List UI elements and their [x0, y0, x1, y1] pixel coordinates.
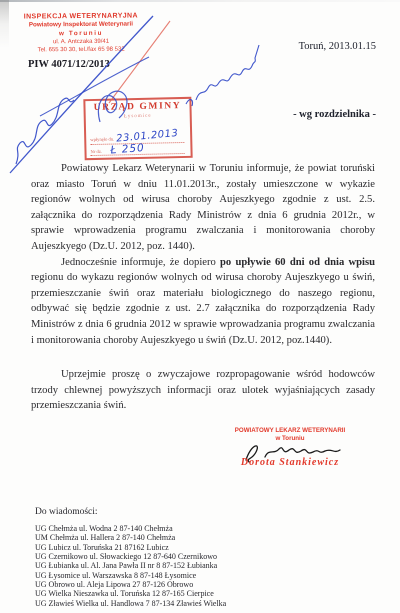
received-date-label: wpłynęło dn.: [90, 137, 114, 143]
cc-recipient: UG Obrowo ul. Aleja Lipowa 27 87-126 Obr…: [35, 580, 226, 589]
scanned-letter-page: INSPEKCJA WETERYNARYJNA Powiatowy Inspek…: [0, 0, 400, 613]
handwritten-paraph-left: [16, 98, 74, 164]
reference-number: PIW 4071/12/2013: [28, 59, 110, 70]
letter-date: Toruń, 2013.01.15: [280, 41, 376, 52]
signature-stamp-title: POWIATOWY LEKARZ WETERYNARII: [228, 427, 352, 434]
inspection-stamp-line: Powiatowy Inspektorat Weterynarii: [15, 21, 147, 30]
cc-recipient: UG Chełmża ul. Wodna 2 87-140 Chełmża: [35, 524, 226, 533]
inspection-stamp-line: Tel. 655 30 30, tel./fax 65 98 532: [15, 45, 147, 54]
paragraph-3: Uprzejmie proszę o zwyczajowe rozpropago…: [31, 367, 375, 414]
paragraph-1: Powiatowy Lekarz Weterynarii w Toruniu i…: [31, 161, 375, 255]
handwritten-annotation: [186, 45, 259, 106]
received-stamp: URZĄD GMINY Łysomice wpłynęło dn. 23.01.…: [83, 97, 192, 160]
addressee-line: - wg rozdzielnika -: [240, 109, 376, 120]
cc-recipient: UG Zławieś Wielka ul. Handlowa 7 87-134 …: [35, 599, 226, 608]
scan-corner-smudge: [0, 0, 9, 48]
paragraph-2-bold: po upływie 60 dni od dnia wpisu: [220, 257, 375, 268]
received-stamp-place: Łysomice: [86, 113, 190, 120]
registry-number-label: Nr dz.: [90, 149, 102, 154]
cc-recipient: UG Łubianka ul. Al. Jana Pawła II nr 8 8…: [35, 561, 226, 570]
handwritten-registry-number: Ł 250: [110, 142, 145, 157]
cc-recipient: UG Łysomice ul. Warszawska 8 87-148 Łyso…: [35, 571, 226, 580]
cc-recipient-list: UG Chełmża ul. Wodna 2 87-140 Chełmża UM…: [35, 524, 226, 608]
cc-recipient: UG Lubicz ul. Toruńska 21 87162 Lubicz: [35, 543, 226, 552]
cc-label: Do wiadomości:: [35, 507, 98, 517]
veterinary-inspection-stamp: INSPEKCJA WETERYNARYJNA Powiatowy Inspek…: [15, 12, 147, 54]
paragraph-2: Jednocześnie informuje, że dopiero po up…: [31, 255, 375, 349]
letter-body: Powiatowy Lekarz Weterynarii w Toruniu i…: [31, 161, 375, 414]
cc-recipient: UG Wielka Nieszawka ul. Toruńska 12 87-1…: [35, 589, 226, 598]
cc-recipient: UM Chełmża ul. Hallera 2 87-140 Chełmża: [35, 533, 226, 542]
paragraph-2-post: regionu do wykazu regionów wolnych od wi…: [31, 272, 375, 345]
received-stamp-office: URZĄD GMINY: [85, 101, 189, 113]
paragraph-2-pre: Jednocześnie informuje, że dopiero: [61, 257, 220, 268]
signer-name: Dorota Stankiewicz: [224, 457, 356, 468]
cc-recipient: UG Czernikowo ul. Słowackiego 12 87-640 …: [35, 552, 226, 561]
scan-edge-artifact: [0, 0, 400, 2]
